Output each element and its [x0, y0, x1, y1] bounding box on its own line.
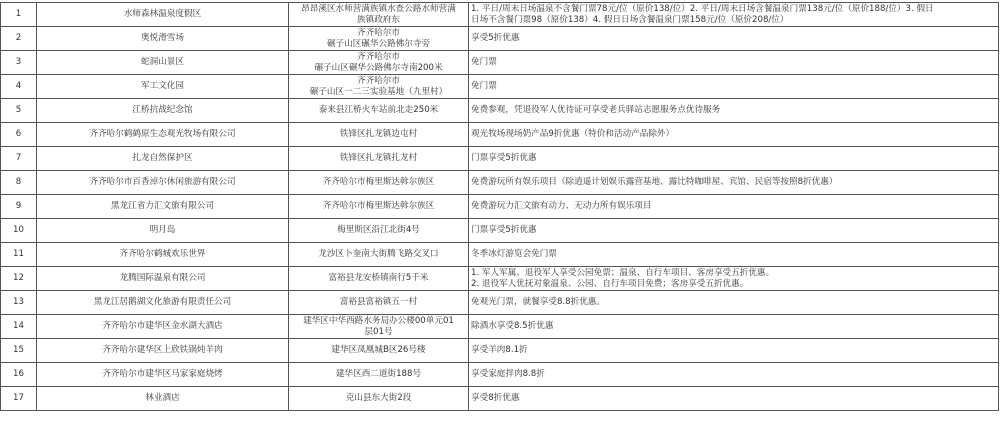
address-cell: 齐齐哈尔市碾子山区一二三实验基地（九里村）: [289, 75, 469, 99]
venue-name-cell: 林业酒店: [37, 387, 289, 411]
benefit-line: 除酒水享受8.5折优惠: [471, 321, 996, 332]
row-number-cell: 7: [1, 147, 37, 171]
address-line: 碾子山区一二三实验基地（九里村）: [291, 87, 466, 98]
row-number-cell: 1: [1, 3, 37, 27]
venue-name-cell: 齐齐哈尔鹤鹤原生态观光牧场有限公司: [37, 123, 289, 147]
address-cell: 克山县东大街2段: [289, 387, 469, 411]
address-line: 昂昂溪区水师营满族镇水查公路水师营满: [291, 4, 466, 15]
benefit-cell: 免门票: [469, 51, 999, 75]
benefit-line: 免费参观，凭退役军人优待证可享受老兵驿站志愿服务点优待服务: [471, 105, 996, 116]
benefit-cell: 门票享受5折优惠: [469, 147, 999, 171]
address-line: 铁锋区扎龙镇扎龙村: [291, 153, 466, 164]
row-number-cell: 13: [1, 291, 37, 315]
benefit-cell: 免费游玩力汇文旅有动力、无动力所有娱乐项目: [469, 195, 999, 219]
table-row: 15 齐齐哈尔建华区上欣铁锅炖羊肉 建华区凤凰城B区26号楼 享受羊肉8.1折: [1, 339, 999, 363]
address-cell: 齐齐哈尔市碾子山区碾华公路佛尔寺旁: [289, 27, 469, 51]
benefit-cell: 观光牧场现场奶产品9折优惠（特价和活动产品除外）: [469, 123, 999, 147]
address-cell: 铁锋区扎龙镇扎龙村: [289, 147, 469, 171]
row-number-cell: 15: [1, 339, 37, 363]
benefit-line: 免费游玩力汇文旅有动力、无动力所有娱乐项目: [471, 201, 996, 212]
venue-name-cell: 军工文化园: [37, 75, 289, 99]
address-line: 碾子山区碾华公路佛尔寺南200米: [291, 63, 466, 74]
address-line: 齐齐哈尔市: [291, 52, 466, 63]
address-line: 泰来县江桥火车站前北走250米: [291, 105, 466, 116]
venue-name-cell: 蛇洞山景区: [37, 51, 289, 75]
venue-name-cell: 齐齐哈尔市建华区金水湖大酒店: [37, 315, 289, 339]
benefit-line: 1. 平日/周末日场温泉不含餐门票78元/位（原价138/位）2. 平日/周末日…: [471, 4, 996, 15]
venue-name-cell: 齐齐哈尔鹤城欢乐世界: [37, 243, 289, 267]
venue-name-cell: 齐齐哈尔市建华区马家家庭烧烤: [37, 363, 289, 387]
address-cell: 齐齐哈尔市碾子山区碾华公路佛尔寺南200米: [289, 51, 469, 75]
address-cell: 富裕县龙安桥镇南行5千米: [289, 267, 469, 291]
address-cell: 梅里斯区沿江北街4号: [289, 219, 469, 243]
address-line: 建华区西二道街188号: [291, 369, 466, 380]
table-row: 9 黑龙江省力汇文旅有限公司 齐齐哈尔市梅里斯达斡尔族区 免费游玩力汇文旅有动力…: [1, 195, 999, 219]
benefit-line: 门票享受5折优惠: [471, 153, 996, 164]
benefit-line: 免观光门票，就餐享受8.8折优惠。: [471, 297, 996, 308]
benefit-cell: 1. 平日/周末日场温泉不含餐门票78元/位（原价138/位）2. 平日/周末日…: [469, 3, 999, 27]
venue-name-cell: 齐齐哈尔市百香淖尔休闲旅游有限公司: [37, 171, 289, 195]
table-row: 1 水师森林温泉度假区 昂昂溪区水师营满族镇水查公路水师营满族镇政府东 1. 平…: [1, 3, 999, 27]
benefit-cell: 冬季冰灯游览会免门票: [469, 243, 999, 267]
benefit-line: 免门票: [471, 81, 996, 92]
row-number-cell: 4: [1, 75, 37, 99]
row-number-cell: 17: [1, 387, 37, 411]
benefit-line: 日场不含餐门票98（原价138）4. 假日日场含餐温泉门票158元/位（原价20…: [471, 15, 996, 26]
table-row: 11 齐齐哈尔鹤城欢乐世界 龙沙区卜奎南大街腾飞路交叉口 冬季冰灯游览会免门票: [1, 243, 999, 267]
table-row: 8 齐齐哈尔市百香淖尔休闲旅游有限公司 齐齐哈尔市梅里斯达斡尔族区 免费游玩所有…: [1, 171, 999, 195]
venue-name-cell: 黑龙江居鹅湖文化旅游有限责任公司: [37, 291, 289, 315]
table-row: 12 龙腾国际温泉有限公司 富裕县龙安桥镇南行5千米 1. 军人军属、退役军人享…: [1, 267, 999, 291]
address-cell: 富裕县富裕镇五一村: [289, 291, 469, 315]
benefit-cell: 免费游玩所有娱乐项目（除逍遥计划娱乐露营基地、露比特咖啡屋、宾馆、民宿等按照8折…: [469, 171, 999, 195]
benefit-line: 1. 军人军属、退役军人享受公园免票；温泉、自行车项目、客房享受五折优惠。: [471, 268, 996, 279]
address-cell: 齐齐哈尔市梅里斯达斡尔族区: [289, 195, 469, 219]
venue-name-cell: 齐齐哈尔建华区上欣铁锅炖羊肉: [37, 339, 289, 363]
table-row: 16 齐齐哈尔市建华区马家家庭烧烤 建华区西二道街188号 享受家庭拌肉8.8折: [1, 363, 999, 387]
address-line: 富裕县富裕镇五一村: [291, 297, 466, 308]
venue-name-cell: 奥悦滑雪场: [37, 27, 289, 51]
address-cell: 建华区中华西路水务局办公楼00单元01层01号: [289, 315, 469, 339]
benefit-cell: 1. 军人军属、退役军人享受公园免票；温泉、自行车项目、客房享受五折优惠。2. …: [469, 267, 999, 291]
address-cell: 建华区西二道街188号: [289, 363, 469, 387]
address-line: 龙沙区卜奎南大街腾飞路交叉口: [291, 249, 466, 260]
benefit-cell: 享受8折优惠: [469, 387, 999, 411]
address-line: 齐齐哈尔市梅里斯达斡尔族区: [291, 201, 466, 212]
address-line: 富裕县龙安桥镇南行5千米: [291, 273, 466, 284]
benefit-line: 免费游玩所有娱乐项目（除逍遥计划娱乐露营基地、露比特咖啡屋、宾馆、民宿等按照8折…: [471, 177, 996, 188]
venue-name-cell: 水师森林温泉度假区: [37, 3, 289, 27]
row-number-cell: 12: [1, 267, 37, 291]
table-row: 5 江桥抗战纪念馆 泰来县江桥火车站前北走250米 免费参观，凭退役军人优待证可…: [1, 99, 999, 123]
table-body: 1 水师森林温泉度假区 昂昂溪区水师营满族镇水查公路水师营满族镇政府东 1. 平…: [1, 3, 999, 411]
venue-name-cell: 黑龙江省力汇文旅有限公司: [37, 195, 289, 219]
address-line: 铁锋区扎龙镇边屯村: [291, 129, 466, 140]
benefit-cell: 享受5折优惠: [469, 27, 999, 51]
benefit-line: 享受8折优惠: [471, 393, 996, 404]
table-row: 2 奥悦滑雪场 齐齐哈尔市碾子山区碾华公路佛尔寺旁 享受5折优惠: [1, 27, 999, 51]
row-number-cell: 16: [1, 363, 37, 387]
venue-name-cell: 明月岛: [37, 219, 289, 243]
address-cell: 铁锋区扎龙镇边屯村: [289, 123, 469, 147]
address-line: 建华区凤凰城B区26号楼: [291, 345, 466, 356]
benefit-cell: 享受羊肉8.1折: [469, 339, 999, 363]
address-cell: 泰来县江桥火车站前北走250米: [289, 99, 469, 123]
address-line: 齐齐哈尔市梅里斯达斡尔族区: [291, 177, 466, 188]
benefit-line: 享受5折优惠: [471, 33, 996, 44]
table-row: 14 齐齐哈尔市建华区金水湖大酒店 建华区中华西路水务局办公楼00单元01层01…: [1, 315, 999, 339]
address-cell: 昂昂溪区水师营满族镇水查公路水师营满族镇政府东: [289, 3, 469, 27]
row-number-cell: 14: [1, 315, 37, 339]
row-number-cell: 2: [1, 27, 37, 51]
table-row: 7 扎龙自然保护区 铁锋区扎龙镇扎龙村 门票享受5折优惠: [1, 147, 999, 171]
address-line: 克山县东大街2段: [291, 393, 466, 404]
address-cell: 龙沙区卜奎南大街腾飞路交叉口: [289, 243, 469, 267]
benefit-cell: 免观光门票，就餐享受8.8折优惠。: [469, 291, 999, 315]
benefit-cell: 享受家庭拌肉8.8折: [469, 363, 999, 387]
benefit-cell: 免费参观，凭退役军人优待证可享受老兵驿站志愿服务点优待服务: [469, 99, 999, 123]
benefit-cell: 除酒水享受8.5折优惠: [469, 315, 999, 339]
benefit-cell: 免门票: [469, 75, 999, 99]
benefit-line: 2. 退役军人优抚对象温泉、公园、自行车项目免费；客房享受五折优惠。: [471, 279, 996, 290]
benefit-line: 观光牧场现场奶产品9折优惠（特价和活动产品除外）: [471, 129, 996, 140]
benefit-line: 门票享受5折优惠: [471, 225, 996, 236]
row-number-cell: 5: [1, 99, 37, 123]
row-number-cell: 9: [1, 195, 37, 219]
row-number-cell: 11: [1, 243, 37, 267]
row-number-cell: 8: [1, 171, 37, 195]
table-row: 3 蛇洞山景区 齐齐哈尔市碾子山区碾华公路佛尔寺南200米 免门票: [1, 51, 999, 75]
benefit-cell: 门票享受5折优惠: [469, 219, 999, 243]
address-line: 齐齐哈尔市: [291, 76, 466, 87]
venue-name-cell: 扎龙自然保护区: [37, 147, 289, 171]
discount-venue-table: 1 水师森林温泉度假区 昂昂溪区水师营满族镇水查公路水师营满族镇政府东 1. 平…: [0, 2, 999, 411]
benefit-line: 享受羊肉8.1折: [471, 345, 996, 356]
address-line: 梅里斯区沿江北街4号: [291, 225, 466, 236]
address-line: 族镇政府东: [291, 15, 466, 26]
address-line: 建华区中华西路水务局办公楼00单元01: [291, 316, 466, 327]
venue-name-cell: 龙腾国际温泉有限公司: [37, 267, 289, 291]
address-line: 碾子山区碾华公路佛尔寺旁: [291, 39, 466, 50]
table-row: 6 齐齐哈尔鹤鹤原生态观光牧场有限公司 铁锋区扎龙镇边屯村 观光牧场现场奶产品9…: [1, 123, 999, 147]
table-row: 4 军工文化园 齐齐哈尔市碾子山区一二三实验基地（九里村） 免门票: [1, 75, 999, 99]
address-line: 层01号: [291, 327, 466, 338]
table-row: 17 林业酒店 克山县东大街2段 享受8折优惠: [1, 387, 999, 411]
row-number-cell: 6: [1, 123, 37, 147]
address-cell: 齐齐哈尔市梅里斯达斡尔族区: [289, 171, 469, 195]
table-row: 10 明月岛 梅里斯区沿江北街4号 门票享受5折优惠: [1, 219, 999, 243]
address-cell: 建华区凤凰城B区26号楼: [289, 339, 469, 363]
benefit-line: 冬季冰灯游览会免门票: [471, 249, 996, 260]
venue-name-cell: 江桥抗战纪念馆: [37, 99, 289, 123]
address-line: 齐齐哈尔市: [291, 28, 466, 39]
row-number-cell: 10: [1, 219, 37, 243]
benefit-line: 免门票: [471, 57, 996, 68]
benefit-line: 享受家庭拌肉8.8折: [471, 369, 996, 380]
table-row: 13 黑龙江居鹅湖文化旅游有限责任公司 富裕县富裕镇五一村 免观光门票，就餐享受…: [1, 291, 999, 315]
row-number-cell: 3: [1, 51, 37, 75]
